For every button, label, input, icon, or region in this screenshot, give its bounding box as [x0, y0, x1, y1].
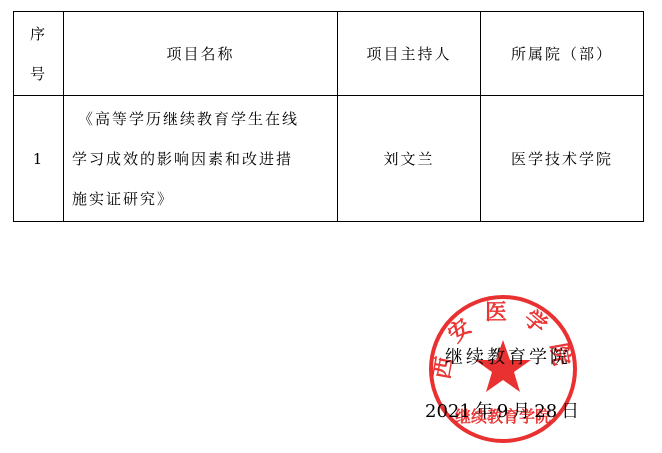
date-day-unit: 日	[561, 401, 579, 422]
signature-date: 2021年9月28日	[425, 397, 583, 423]
table-header-row: 序 号 项目名称 项目主持人 所属院（部）	[14, 12, 644, 96]
header-seq-line2: 号	[14, 54, 63, 94]
header-seq-line1: 序	[14, 14, 63, 54]
cell-seq: 1	[14, 96, 64, 222]
date-year: 2021	[425, 401, 471, 422]
signature-organization: 继续教育学院	[445, 343, 571, 369]
table-row: 1 《高等学历继续教育学生在线 学习成效的影响因素和改进措 施实证研究》 刘文兰…	[14, 96, 644, 222]
cell-host: 刘文兰	[338, 96, 481, 222]
stamp-outer-text: 西安医学院	[430, 301, 576, 381]
header-seq: 序 号	[14, 12, 64, 96]
cell-project-name: 《高等学历继续教育学生在线 学习成效的影响因素和改进措 施实证研究》	[64, 96, 338, 222]
project-table: 序 号 项目名称 项目主持人 所属院（部） 1 《高等学历继续教育学生在线 学习…	[13, 11, 644, 222]
header-department: 所属院（部）	[481, 12, 644, 96]
project-name-line: 学习成效的影响因素和改进措	[72, 139, 331, 179]
cell-department: 医学技术学院	[481, 96, 644, 222]
header-project-name: 项目名称	[64, 12, 338, 96]
date-month: 9	[497, 401, 508, 422]
date-year-unit: 年	[475, 401, 493, 422]
date-day: 28	[534, 401, 557, 422]
project-name-line: 《高等学历继续教育学生在线	[72, 99, 331, 139]
date-month-unit: 月	[512, 401, 530, 422]
project-name-line: 施实证研究》	[72, 179, 331, 219]
header-host: 项目主持人	[338, 12, 481, 96]
